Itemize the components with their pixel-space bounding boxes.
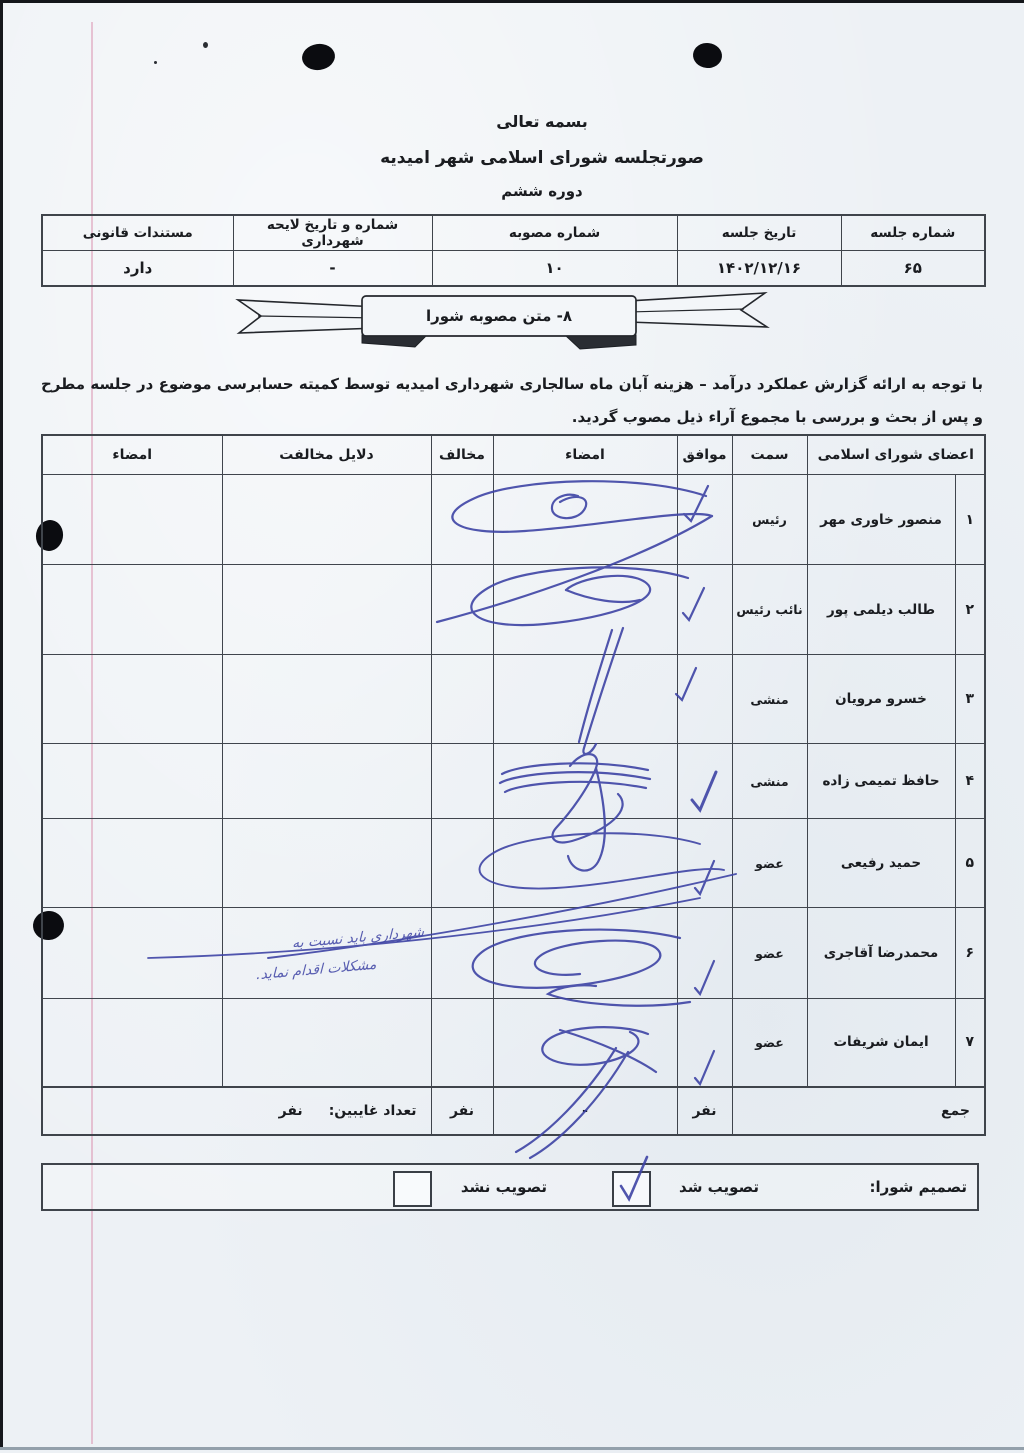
- meta-value-legal-docs: دارد: [42, 251, 233, 287]
- meta-value-session-date: ۱۴۰۲/۱۲/۱۶: [677, 251, 841, 287]
- signature2-cell: [42, 744, 222, 819]
- agree-cell: [677, 565, 732, 655]
- member-position: عضو: [732, 819, 807, 908]
- member-position: عضو: [732, 999, 807, 1087]
- meta-header-bill-no-date: شماره و تاریخ لایحه شهرداری: [233, 215, 432, 251]
- member-row: ۵ حمید رفیعی عضو: [42, 819, 985, 908]
- member-no: ۷: [955, 999, 985, 1087]
- col-header-signature: امضاء: [493, 435, 677, 475]
- member-position: منشی: [732, 744, 807, 819]
- oppose-cell: [431, 655, 493, 744]
- ink-blot: [300, 42, 336, 72]
- member-no: ۲: [955, 565, 985, 655]
- session-meta-table: شماره جلسه تاریخ جلسه شماره مصوبه شماره …: [41, 214, 986, 287]
- member-no: ۴: [955, 744, 985, 819]
- meta-value-session-no: ۶۵: [841, 251, 985, 287]
- ink-blot: [692, 42, 723, 70]
- approved-label: تصویب شد: [679, 1165, 759, 1209]
- member-name: منصور خاوری مهر: [807, 475, 955, 565]
- approved-checkbox: [612, 1171, 651, 1207]
- not-approved-label: تصویب نشد: [461, 1165, 547, 1209]
- member-name: خسرو مرویان: [807, 655, 955, 744]
- meta-value-bill-no-date: -: [233, 251, 432, 287]
- scan-edge-bottom: [0, 1447, 1024, 1450]
- oppose-reasons-cell: [222, 999, 431, 1087]
- meta-value-resolution-no: ۱۰: [432, 251, 677, 287]
- oppose-count: نفر: [431, 1087, 493, 1135]
- member-row: ۶ محمدرضا آقاجری عضو: [42, 908, 985, 999]
- member-position: نائب رئیس: [732, 565, 807, 655]
- signature-cell: [493, 999, 677, 1087]
- resolution-section-title: ۸- متن مصوبه شورا: [362, 296, 636, 336]
- signature2-cell: [42, 819, 222, 908]
- scanned-council-minutes-page: بسمه تعالی صورتجلسه شورای اسلامی شهر امی…: [0, 0, 1024, 1453]
- oppose-cell: [431, 819, 493, 908]
- dust-speck: [154, 61, 157, 64]
- agree-cell: [677, 908, 732, 999]
- dust-speck: [203, 42, 208, 48]
- signature-cell: [493, 565, 677, 655]
- oppose-reasons-cell: [222, 908, 431, 999]
- signature-cell: [493, 475, 677, 565]
- signature-cell: [493, 744, 677, 819]
- signature-total: -: [493, 1087, 677, 1135]
- member-position: عضو: [732, 908, 807, 999]
- meta-header-resolution-no: شماره مصوبه: [432, 215, 677, 251]
- decision-label: تصمیم شورا:: [869, 1165, 967, 1209]
- col-header-oppose-reasons: دلایل مخالفت: [222, 435, 431, 475]
- agree-count: نفر: [677, 1087, 732, 1135]
- col-header-position: سمت: [732, 435, 807, 475]
- member-name: طالب دیلمی پور: [807, 565, 955, 655]
- member-row: ۳ خسرو مرویان منشی: [42, 655, 985, 744]
- signature2-cell: [42, 999, 222, 1087]
- totals-row: جمع نفر - نفر تعداد غایبین:نفر: [42, 1087, 985, 1135]
- signature2-cell: [42, 908, 222, 999]
- document-header: بسمه تعالی صورتجلسه شورای اسلامی شهر امی…: [120, 112, 964, 200]
- oppose-reasons-cell: [222, 744, 431, 819]
- oppose-reasons-cell: [222, 475, 431, 565]
- member-position: رئیس: [732, 475, 807, 565]
- council-decision-box: تصمیم شورا: تصویب شد تصویب نشد: [41, 1163, 979, 1211]
- absent-value: نفر: [279, 1103, 303, 1119]
- agree-cell: [677, 999, 732, 1087]
- col-header-oppose: مخالف: [431, 435, 493, 475]
- member-position: منشی: [732, 655, 807, 744]
- member-row: ۷ ایمان شریفات عضو: [42, 999, 985, 1087]
- agree-cell: [677, 744, 732, 819]
- agree-cell: [677, 819, 732, 908]
- agree-cell: [677, 655, 732, 744]
- signature2-cell: [42, 655, 222, 744]
- oppose-cell: [431, 744, 493, 819]
- member-name: محمدرضا آقاجری: [807, 908, 955, 999]
- member-name: ایمان شریفات: [807, 999, 955, 1087]
- meta-header-session-date: تاریخ جلسه: [677, 215, 841, 251]
- oppose-reasons-cell: [222, 819, 431, 908]
- col-header-members: اعضای شورای اسلامی: [807, 435, 985, 475]
- not-approved-checkbox: [393, 1171, 432, 1207]
- oppose-cell: [431, 565, 493, 655]
- oppose-cell: [431, 908, 493, 999]
- term-label: دوره ششم: [120, 182, 964, 200]
- meta-header-legal-docs: مستندات قانونی: [42, 215, 233, 251]
- col-header-signature-2: امضاء: [42, 435, 222, 475]
- oppose-reasons-cell: [222, 655, 431, 744]
- absent-label: تعداد غایبین:: [329, 1103, 417, 1119]
- member-name: حافظ تمیمی زاده: [807, 744, 955, 819]
- oppose-cell: [431, 475, 493, 565]
- document-title: صورتجلسه شورای اسلامی شهر امیدیه: [120, 148, 964, 168]
- sum-label: جمع: [732, 1087, 985, 1135]
- member-no: ۳: [955, 655, 985, 744]
- member-no: ۱: [955, 475, 985, 565]
- oppose-cell: [431, 999, 493, 1087]
- absent-count: تعداد غایبین:نفر: [42, 1087, 431, 1135]
- resolution-text: با توجه به ارائه گزارش عملکرد درآمد – هز…: [41, 368, 983, 434]
- signature-cell: [493, 655, 677, 744]
- member-row: ۴ حافظ تمیمی زاده منشی: [42, 744, 985, 819]
- member-row: ۲ طالب دیلمی پور نائب رئیس: [42, 565, 985, 655]
- col-header-agree: موافق: [677, 435, 732, 475]
- bismillah-text: بسمه تعالی: [120, 112, 964, 131]
- agree-cell: [677, 475, 732, 565]
- oppose-reasons-cell: [222, 565, 431, 655]
- member-row: ۱ منصور خاوری مهر رئیس: [42, 475, 985, 565]
- signature-cell: [493, 908, 677, 999]
- members-vote-table: اعضای شورای اسلامی سمت موافق امضاء مخالف…: [41, 434, 986, 1136]
- member-no: ۵: [955, 819, 985, 908]
- signature2-cell: [42, 565, 222, 655]
- signature2-cell: [42, 475, 222, 565]
- scan-edge-top: [0, 0, 1024, 3]
- signature-cell: [493, 819, 677, 908]
- member-no: ۶: [955, 908, 985, 999]
- meta-header-session-no: شماره جلسه: [841, 215, 985, 251]
- member-name: حمید رفیعی: [807, 819, 955, 908]
- scan-edge-left: [0, 0, 3, 1447]
